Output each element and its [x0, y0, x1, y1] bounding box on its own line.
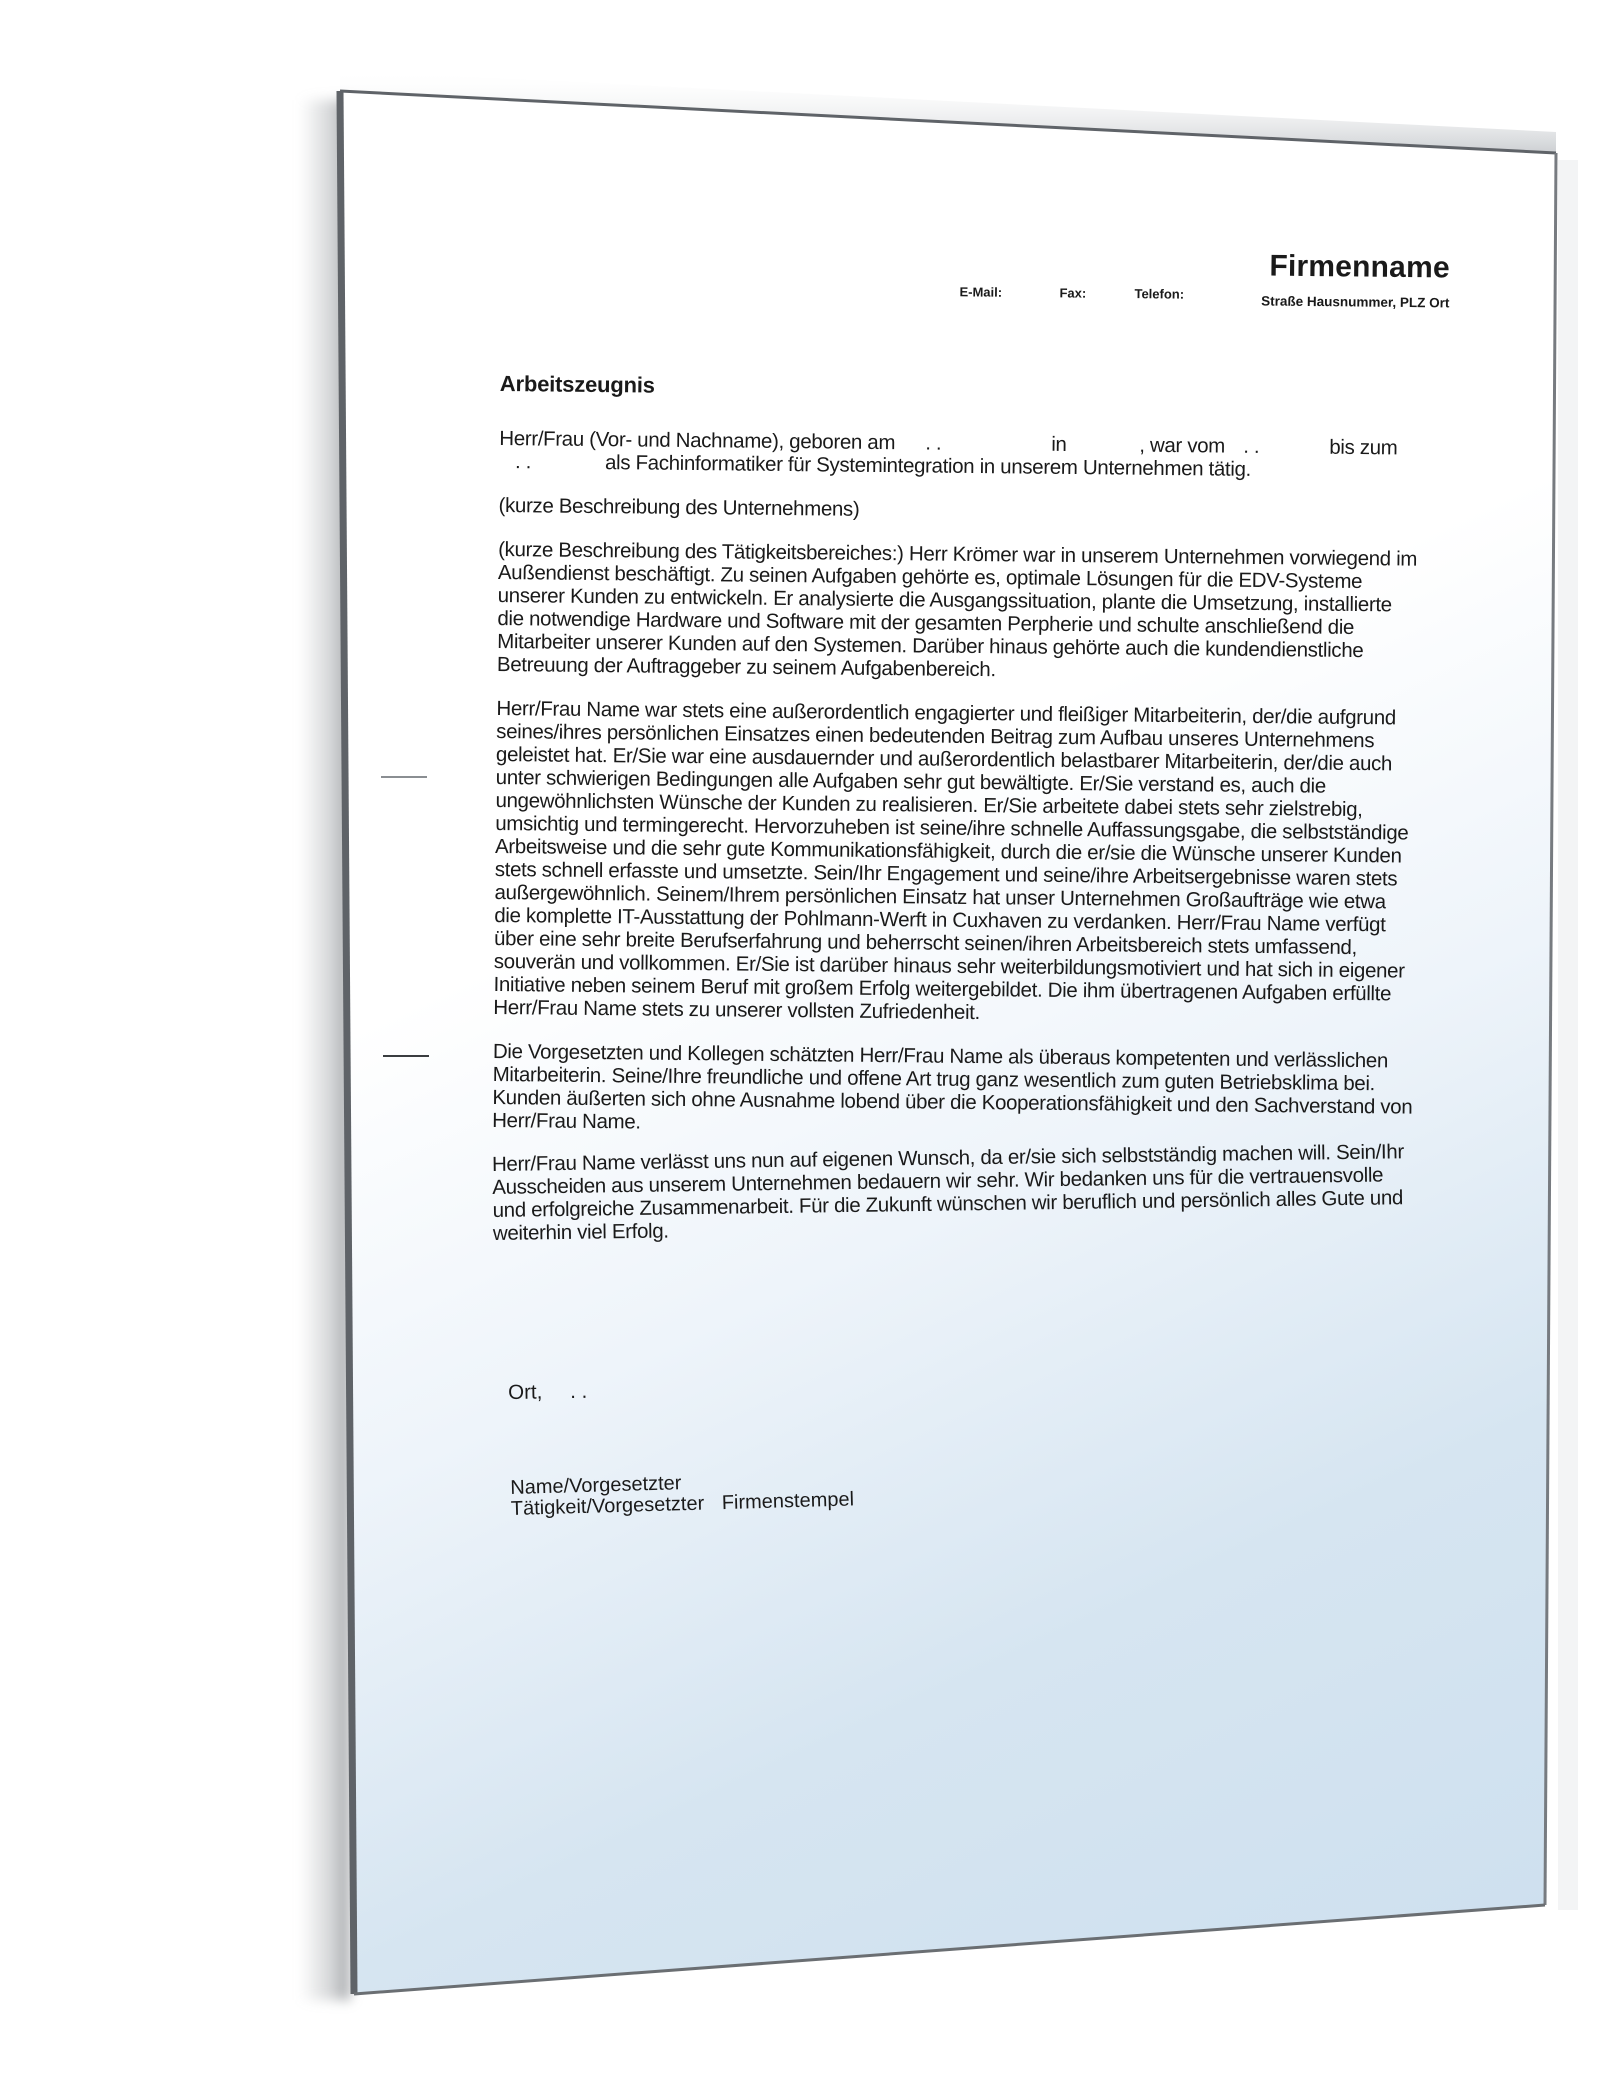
company-description-text: (kurze Beschreibung des Unternehmens)	[498, 494, 1438, 527]
place-date: Ort, . .	[508, 1373, 1108, 1406]
company-name: Firmenname	[1269, 250, 1450, 286]
document-body: Arbeitszeugnis Herr/Frau (Vor- und Nachn…	[491, 372, 1440, 1276]
company-description: (kurze Beschreibung des Unternehmens)	[498, 494, 1438, 527]
place-label: Ort,	[508, 1381, 543, 1404]
performance-paragraph: Herr/Frau Name war stets eine außerorden…	[493, 697, 1436, 1029]
start-date-placeholder: . .	[1243, 435, 1259, 458]
conduct-paragraph: Die Vorgesetzten und Kollegen schätzten …	[492, 1040, 1433, 1142]
birth-date-placeholder: . .	[925, 431, 941, 454]
birth-place-label: in	[1051, 433, 1067, 456]
activity-paragraph: (kurze Beschreibung des Tätigkeitsbereic…	[497, 538, 1438, 686]
email-label: E-Mail:	[959, 284, 1002, 299]
fax-label: Fax:	[1059, 285, 1086, 300]
company-stamp-label: Firmenstempel	[721, 1488, 854, 1514]
fold-mark-lower	[383, 1055, 429, 1057]
date-placeholder: . .	[570, 1381, 587, 1403]
to-label: bis zum	[1329, 436, 1397, 460]
document-preview-stage: Firmenname E-Mail: Fax: Telefon: Straße …	[0, 0, 1600, 2100]
phone-label: Telefon:	[1134, 286, 1184, 302]
place-date-line: Ort, . .	[508, 1373, 1108, 1406]
signer-role: Tätigkeit/Vorgesetzter	[511, 1493, 705, 1520]
from-label: , war vom	[1139, 434, 1225, 458]
farewell-paragraph: Herr/Frau Name verlässt uns nun auf eige…	[492, 1140, 1433, 1245]
company-address: Straße Hausnummer, PLZ Ort	[1261, 293, 1449, 310]
document-title: Arbeitszeugnis	[500, 372, 1440, 405]
intro-paragraph: Herr/Frau (Vor- und Nachname), geboren a…	[499, 427, 1439, 483]
letterhead: Firmenname E-Mail: Fax: Telefon: Straße …	[930, 246, 1450, 251]
contact-row: E-Mail: Fax: Telefon: Straße Hausnummer,…	[930, 284, 1450, 289]
fold-mark-upper	[381, 776, 427, 778]
end-date-placeholder: . .	[515, 450, 531, 473]
signature-block: Name/Vorgesetzter Tätigkeit/Vorgesetzter…	[510, 1468, 854, 1520]
document-content: Firmenname E-Mail: Fax: Telefon: Straße …	[0, 0, 1600, 2100]
